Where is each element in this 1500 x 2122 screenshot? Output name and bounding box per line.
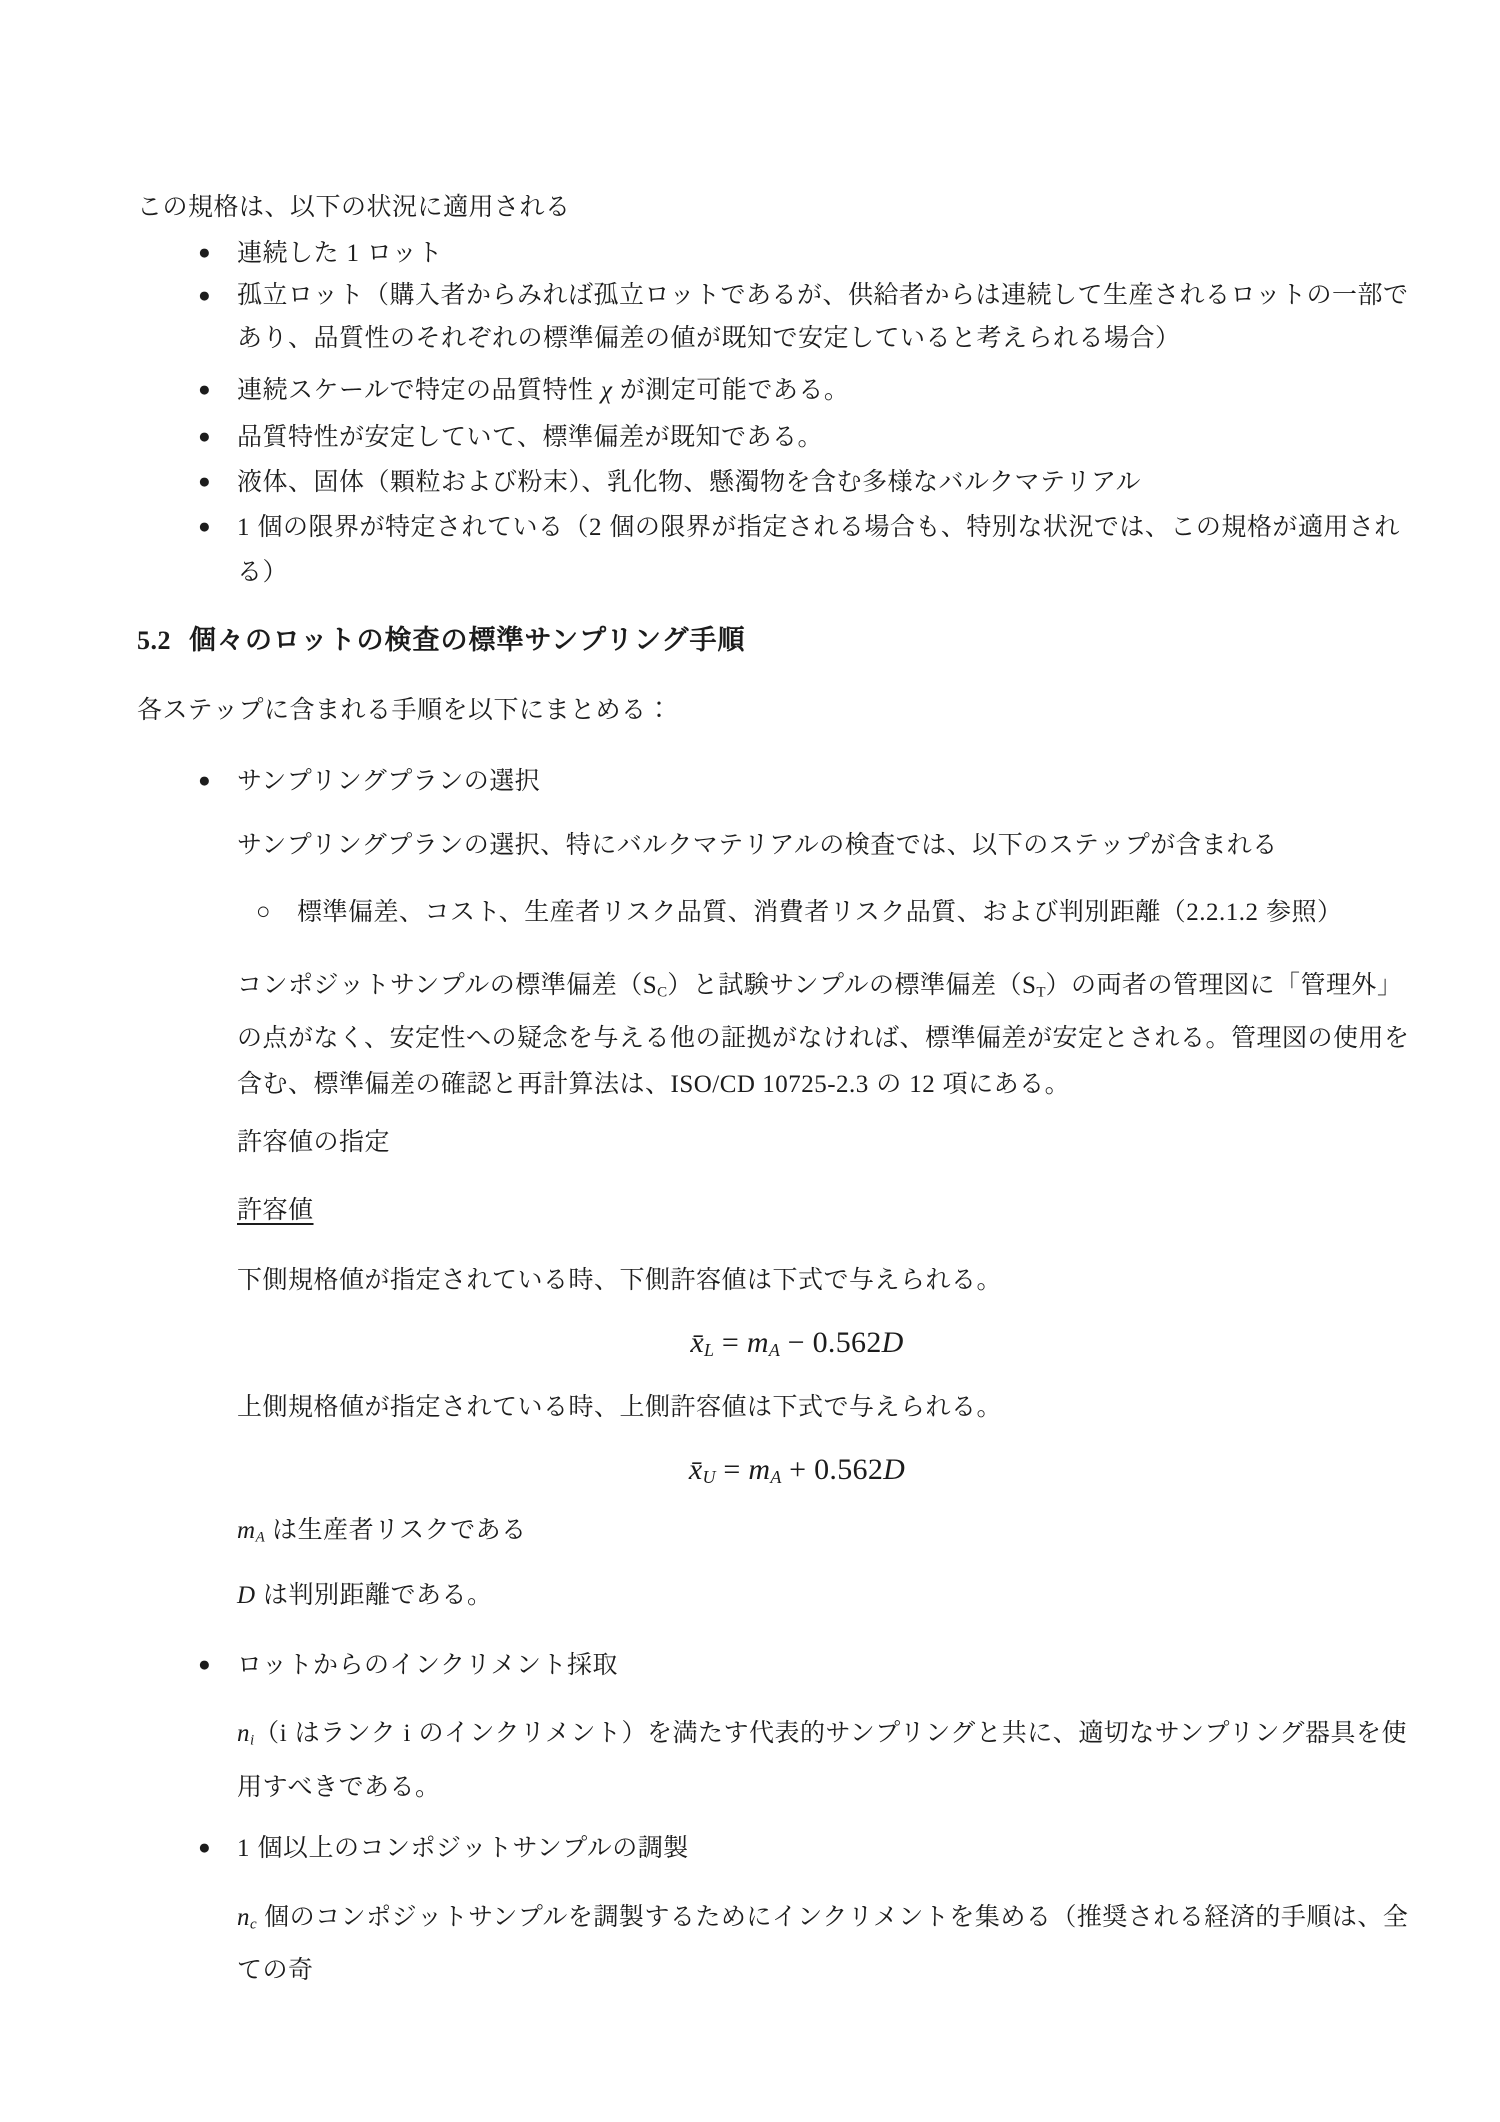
text-segment: 連続スケールで特定の品質特性 [237, 376, 601, 404]
text-segment: m [748, 1453, 770, 1486]
circle-item-criteria: ○ 標準偏差、コスト、生産者リスク品質、消費者リスク品質、および判別距離（2.2… [256, 889, 1426, 936]
text-segment: 標準偏差、コスト、生産者リスク品質、消費者リスク品質、および判別距離（ [297, 898, 1186, 926]
text-segment: 個以上のコンポジットサンプルの調製 [250, 1834, 689, 1862]
bullet-text: 1 個以上のコンポジットサンプルの調製 [237, 1834, 689, 1862]
bullet-text: ロットからのインクリメント採取 [237, 1651, 618, 1679]
text-segment: 項にある。 [935, 1070, 1070, 1098]
d-definition-line: D は判別距離である。 [237, 1572, 1422, 1619]
text-segment: 5.2 [137, 626, 171, 655]
text-segment: 品質特性が安定していて、標準偏差が既知である。 [237, 423, 823, 451]
bullet-item-stable-quality: ● 品質特性が安定していて、標準偏差が既知である。 [196, 414, 1425, 460]
text-segment: 1 [346, 240, 359, 267]
composite-std-dev-paragraph: コンポジットサンプルの標準偏差（SC）と試験サンプルの標準偏差（ST）の両者の管… [237, 962, 1422, 1108]
text-segment: コンポジットサンプルの標準偏差（ [237, 971, 643, 999]
bullet-icon: ● [198, 758, 211, 804]
text-segment: 各ステップに含まれる手順を以下にまとめる： [137, 696, 672, 724]
text-segment: C [657, 984, 667, 1000]
text-segment: S [643, 972, 657, 999]
tolerance-designation-line: 許容値の指定 [237, 1119, 1422, 1165]
text-segment: D [237, 1582, 256, 1609]
text-segment: = [714, 1326, 747, 1359]
text-segment: 孤立ロット（購入者からみれば孤立ロットであるが、供給者からは連続して生産されるロ… [237, 281, 1409, 352]
bullet-text: サンプリングプランの選択 [237, 767, 540, 795]
bullet-item-isolated-lot: ● 孤立ロット（購入者からみれば孤立ロットであるが、供給者からは連続して生産され… [196, 274, 1425, 360]
text-segment: ロットからのインクリメント採取 [237, 1651, 618, 1679]
formula-upper-tolerance: x̄U = mA + 0.562D [237, 1445, 1357, 1502]
text-segment: n [237, 1904, 250, 1931]
text-segment: はランク [287, 1719, 403, 1747]
text-segment: T [1036, 984, 1045, 1000]
text-segment: サンプリングプランの選択 [237, 767, 540, 795]
text-segment: は生産者リスクである [265, 1516, 527, 1544]
plan-selection-detail-paragraph: サンプリングプランの選択、特にバルクマテリアルの検査では、以下のステップが含まれ… [237, 822, 1422, 868]
bullet-item-continuous-scale: ● 連続スケールで特定の品質特性 χ が測定可能である。 [196, 367, 1425, 414]
bullet-text: 連続した 1 ロット [237, 239, 443, 267]
text-segment: 個のコンポジットサンプルを調製するためにインクリメントを集める（推奨される経済的… [237, 1903, 1408, 1984]
bullet-text: 液体、固体（顆粒および粉末）、乳化物、懸濁物を含む多様なバルクマテリアル [237, 468, 1141, 496]
lower-spec-sentence: 下側規格値が指定されている時、下側許容値は下式で与えられる。 [237, 1257, 1422, 1303]
text-segment: ロット [359, 239, 442, 267]
text-segment: x̄ [690, 1326, 704, 1359]
text-segment: 1 [237, 514, 250, 541]
section-heading: 5.2個々のロットの検査の標準サンプリング手順 [137, 617, 1427, 664]
intro-paragraph: この規格は、以下の状況に適用される [137, 184, 1427, 230]
text-segment: A [256, 1529, 265, 1545]
text-segment: D [883, 1453, 905, 1486]
text-segment: 1 [237, 1835, 250, 1862]
upper-spec-sentence: 上側規格値が指定されている時、上側許容値は下式で与えられる。 [237, 1384, 1422, 1430]
bullet-icon: ● [198, 274, 211, 317]
text-segment: U [703, 1467, 716, 1487]
bullet-item-increment-sampling: ● ロットからのインクリメント採取 [196, 1642, 1425, 1688]
bullet-text: 1 個の限界が特定されている（2 個の限界が指定される場合も、特別な状況では、こ… [237, 513, 1400, 586]
text-segment: サンプリングプランの選択、特にバルクマテリアルの検査では、以下のステップが含まれ… [237, 831, 1278, 859]
text-segment: = [716, 1453, 749, 1486]
text-segment: A [770, 1467, 781, 1487]
text-segment: のインクリメント）を満たす代表的サンプリングと共に、適切なサンプリング器具を使用… [237, 1719, 1407, 1801]
text-segment: 許容値の指定 [237, 1128, 390, 1156]
formula-lower-tolerance: x̄L = mA − 0.562D [237, 1318, 1357, 1375]
composite-prep-detail-paragraph: nc 個のコンポジットサンプルを調製するためにインクリメントを集める（推奨される… [237, 1894, 1422, 1993]
text-segment: c [250, 1916, 257, 1932]
text-segment: 下側規格値が指定されている時、下側許容値は下式で与えられる。 [237, 1266, 1002, 1294]
text-segment: 許容値 [237, 1196, 314, 1224]
text-segment: この規格は、以下の状況に適用される [137, 193, 571, 221]
text-segment: （ [254, 1719, 280, 1747]
bullet-icon: ● [198, 367, 211, 413]
bullet-icon: ● [198, 505, 211, 549]
text-segment: m [237, 1517, 256, 1544]
tolerance-heading: 許容値 [237, 1187, 637, 1233]
text-segment: が測定可能である。 [612, 376, 849, 404]
text-segment: − 0.562 [780, 1326, 882, 1359]
text-segment: 個々のロットの検査の標準サンプリング手順 [189, 625, 746, 655]
bullet-item-plan-selection: ● サンプリングプランの選択 [196, 758, 1425, 804]
text-segment: ）と試験サンプルの標準偏差（ [667, 971, 1022, 999]
text-segment: 12 [909, 1071, 935, 1098]
text-segment: ISO/CD 10725-2.3 [671, 1071, 869, 1098]
text-segment: A [769, 1340, 780, 1360]
bullet-item-single-limit: ● 1 個の限界が特定されている（2 個の限界が指定される場合も、特別な状況では… [196, 505, 1425, 594]
text-segment: は判別距離である。 [256, 1581, 493, 1609]
text-segment: i [404, 1720, 411, 1747]
bullet-text: 品質特性が安定していて、標準偏差が既知である。 [237, 423, 823, 451]
bullet-item-continuous-lot: ● 連続した 1 ロット [196, 230, 1425, 277]
increment-detail-paragraph: ni（i はランク i のインクリメント）を満たす代表的サンプリングと共に、適切… [237, 1710, 1422, 1811]
text-segment: 個の限界が特定されている（ [250, 513, 589, 541]
text-segment: L [704, 1340, 714, 1360]
circle-bullet-icon: ○ [256, 889, 271, 935]
ma-definition-line: mA は生産者リスクである [237, 1507, 1422, 1560]
bullet-icon: ● [198, 459, 211, 505]
text-segment: 2.2.1.2 [1186, 899, 1258, 926]
text-segment: n [237, 1720, 250, 1747]
text-segment: 連続した [237, 239, 346, 267]
text-segment: m [747, 1326, 769, 1359]
text-segment: D [882, 1326, 904, 1359]
text-segment: 上側規格値が指定されている時、上側許容値は下式で与えられる。 [237, 1393, 1002, 1421]
document-page: この規格は、以下の状況に適用される ● 連続した 1 ロット ● 孤立ロット（購… [0, 0, 1500, 2122]
bullet-text: 孤立ロット（購入者からみれば孤立ロットであるが、供給者からは連続して生産されるロ… [237, 281, 1409, 352]
text-segment: 参照） [1259, 898, 1343, 926]
circle-text: 標準偏差、コスト、生産者リスク品質、消費者リスク品質、および判別距離（2.2.1… [297, 898, 1342, 926]
text-segment: 2 [589, 514, 602, 541]
bullet-text: 連続スケールで特定の品質特性 χ が測定可能である。 [237, 376, 849, 404]
bullet-icon: ● [198, 1642, 211, 1688]
text-segment: χ [601, 377, 613, 404]
text-segment: の [869, 1070, 909, 1098]
steps-intro-paragraph: 各ステップに含まれる手順を以下にまとめる： [137, 687, 1427, 733]
bullet-icon: ● [198, 1825, 211, 1871]
bullet-icon: ● [198, 414, 211, 460]
text-segment: x̄ [689, 1453, 703, 1486]
text-segment: S [1022, 972, 1036, 999]
bullet-item-composite-prep: ● 1 個以上のコンポジットサンプルの調製 [196, 1825, 1425, 1872]
text-segment: + 0.562 [781, 1453, 883, 1486]
bullet-item-bulk-materials: ● 液体、固体（顆粒および粉末）、乳化物、懸濁物を含む多様なバルクマテリアル [196, 459, 1425, 505]
bullet-icon: ● [198, 230, 211, 276]
text-segment: 液体、固体（顆粒および粉末）、乳化物、懸濁物を含む多様なバルクマテリアル [237, 468, 1141, 496]
